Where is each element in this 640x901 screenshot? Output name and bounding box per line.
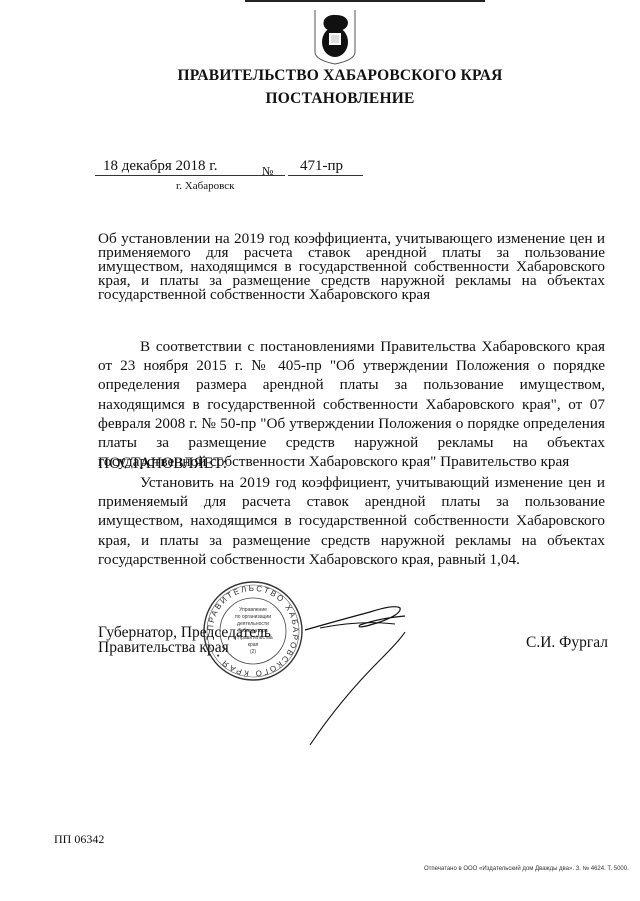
document-type-heading: ПОСТАНОВЛЕНИЕ (20, 90, 640, 108)
document-date: 18 декабря 2018 г. (103, 158, 218, 175)
number-label: № (262, 164, 273, 179)
print-imprint: Отпечатано в ООО «Издательский дом Дважд… (424, 866, 629, 872)
date-underline (95, 175, 285, 176)
number-underline (288, 175, 363, 176)
preamble-paragraph: В соответствии с постановлениями Правите… (98, 337, 605, 471)
handwritten-signature (300, 590, 500, 750)
organization-heading: ПРАВИТЕЛЬСТВО ХАБАРОВСКОГО КРАЯ (20, 67, 640, 85)
signer-position-line2: Правительства края (98, 640, 271, 655)
document-city: г. Хабаровск (176, 180, 234, 192)
signer-position-line1: Губернатор, Председатель (98, 625, 271, 640)
document-code: ПП 06342 (54, 832, 104, 847)
svg-text:Управление: Управление (239, 607, 267, 613)
signer-position: Губернатор, Председатель Правительства к… (98, 625, 271, 655)
signer-name: С.И. Фургал (526, 634, 608, 652)
document-number: 471-пр (300, 158, 343, 175)
document-title: Об установлении на 2019 год коэффициента… (98, 232, 605, 302)
decision-paragraph: Установить на 2019 год коэффициент, учит… (98, 473, 605, 569)
khabarovsk-coat-of-arms-icon (312, 6, 358, 66)
scan-edge-line (245, 0, 485, 2)
resolves-heading: ПОСТАНОВЛЯЕТ: (98, 455, 227, 473)
svg-text:по организации: по организации (235, 614, 271, 620)
